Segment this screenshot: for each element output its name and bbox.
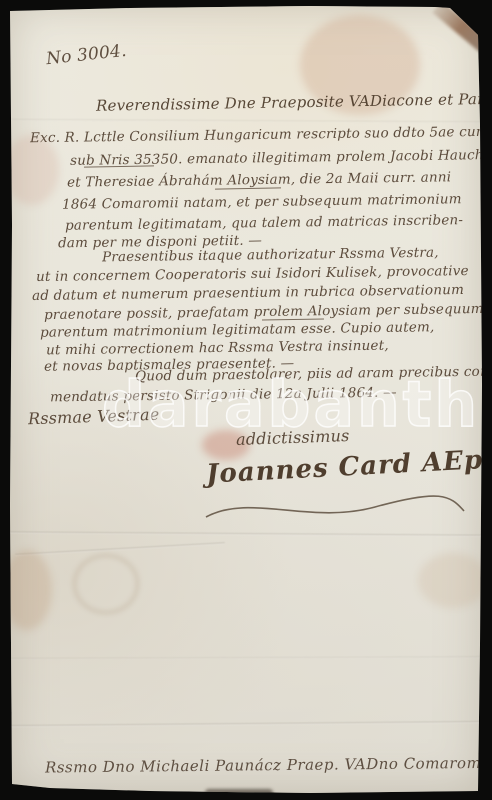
fold-line — [10, 721, 482, 727]
letter-line: Praesentibus itaque authorizatur Rssma V… — [102, 245, 439, 266]
letter-line: Exc. R. Lcttle Consilium Hungaricum resc… — [30, 124, 492, 146]
ink-underline — [215, 187, 281, 189]
stain — [205, 789, 273, 799]
photo-frame: No 3004. Reverendissime Dne Praeposite V… — [0, 0, 492, 800]
fold-line — [10, 531, 482, 536]
seal-ghost-impression — [72, 553, 140, 615]
fold-line — [10, 119, 482, 123]
torn-corner-stain — [432, 1, 489, 52]
letter-paper: No 3004. Reverendissime Dne Praeposite V… — [10, 5, 482, 793]
salutation-line: Reverendissime Dne Praeposite VADiacone … — [96, 89, 492, 115]
stain — [2, 550, 52, 630]
letter-line: ad datum et numerum praesentium in rubri… — [32, 282, 464, 304]
footer-address-line: Rssmo Dno Michaeli Paunácz Praep. VADno … — [45, 753, 492, 776]
letter-line: 1864 Comaromii natam, et per subsequum m… — [62, 191, 462, 213]
fold-line — [10, 656, 482, 660]
letter-line: ut mihi correctionem hac Rssma Vestra in… — [46, 338, 389, 359]
fold-line — [15, 542, 225, 556]
darabanth-watermark: darabanth — [102, 374, 480, 437]
reference-number: No 3004. — [45, 41, 127, 69]
stain — [418, 553, 488, 608]
letter-line: parentum legitimatam, qua talem ad matri… — [65, 212, 463, 234]
signature-flourish — [200, 491, 470, 525]
letter-line: ut in concernem Cooperatoris sui Isidori… — [36, 263, 469, 285]
